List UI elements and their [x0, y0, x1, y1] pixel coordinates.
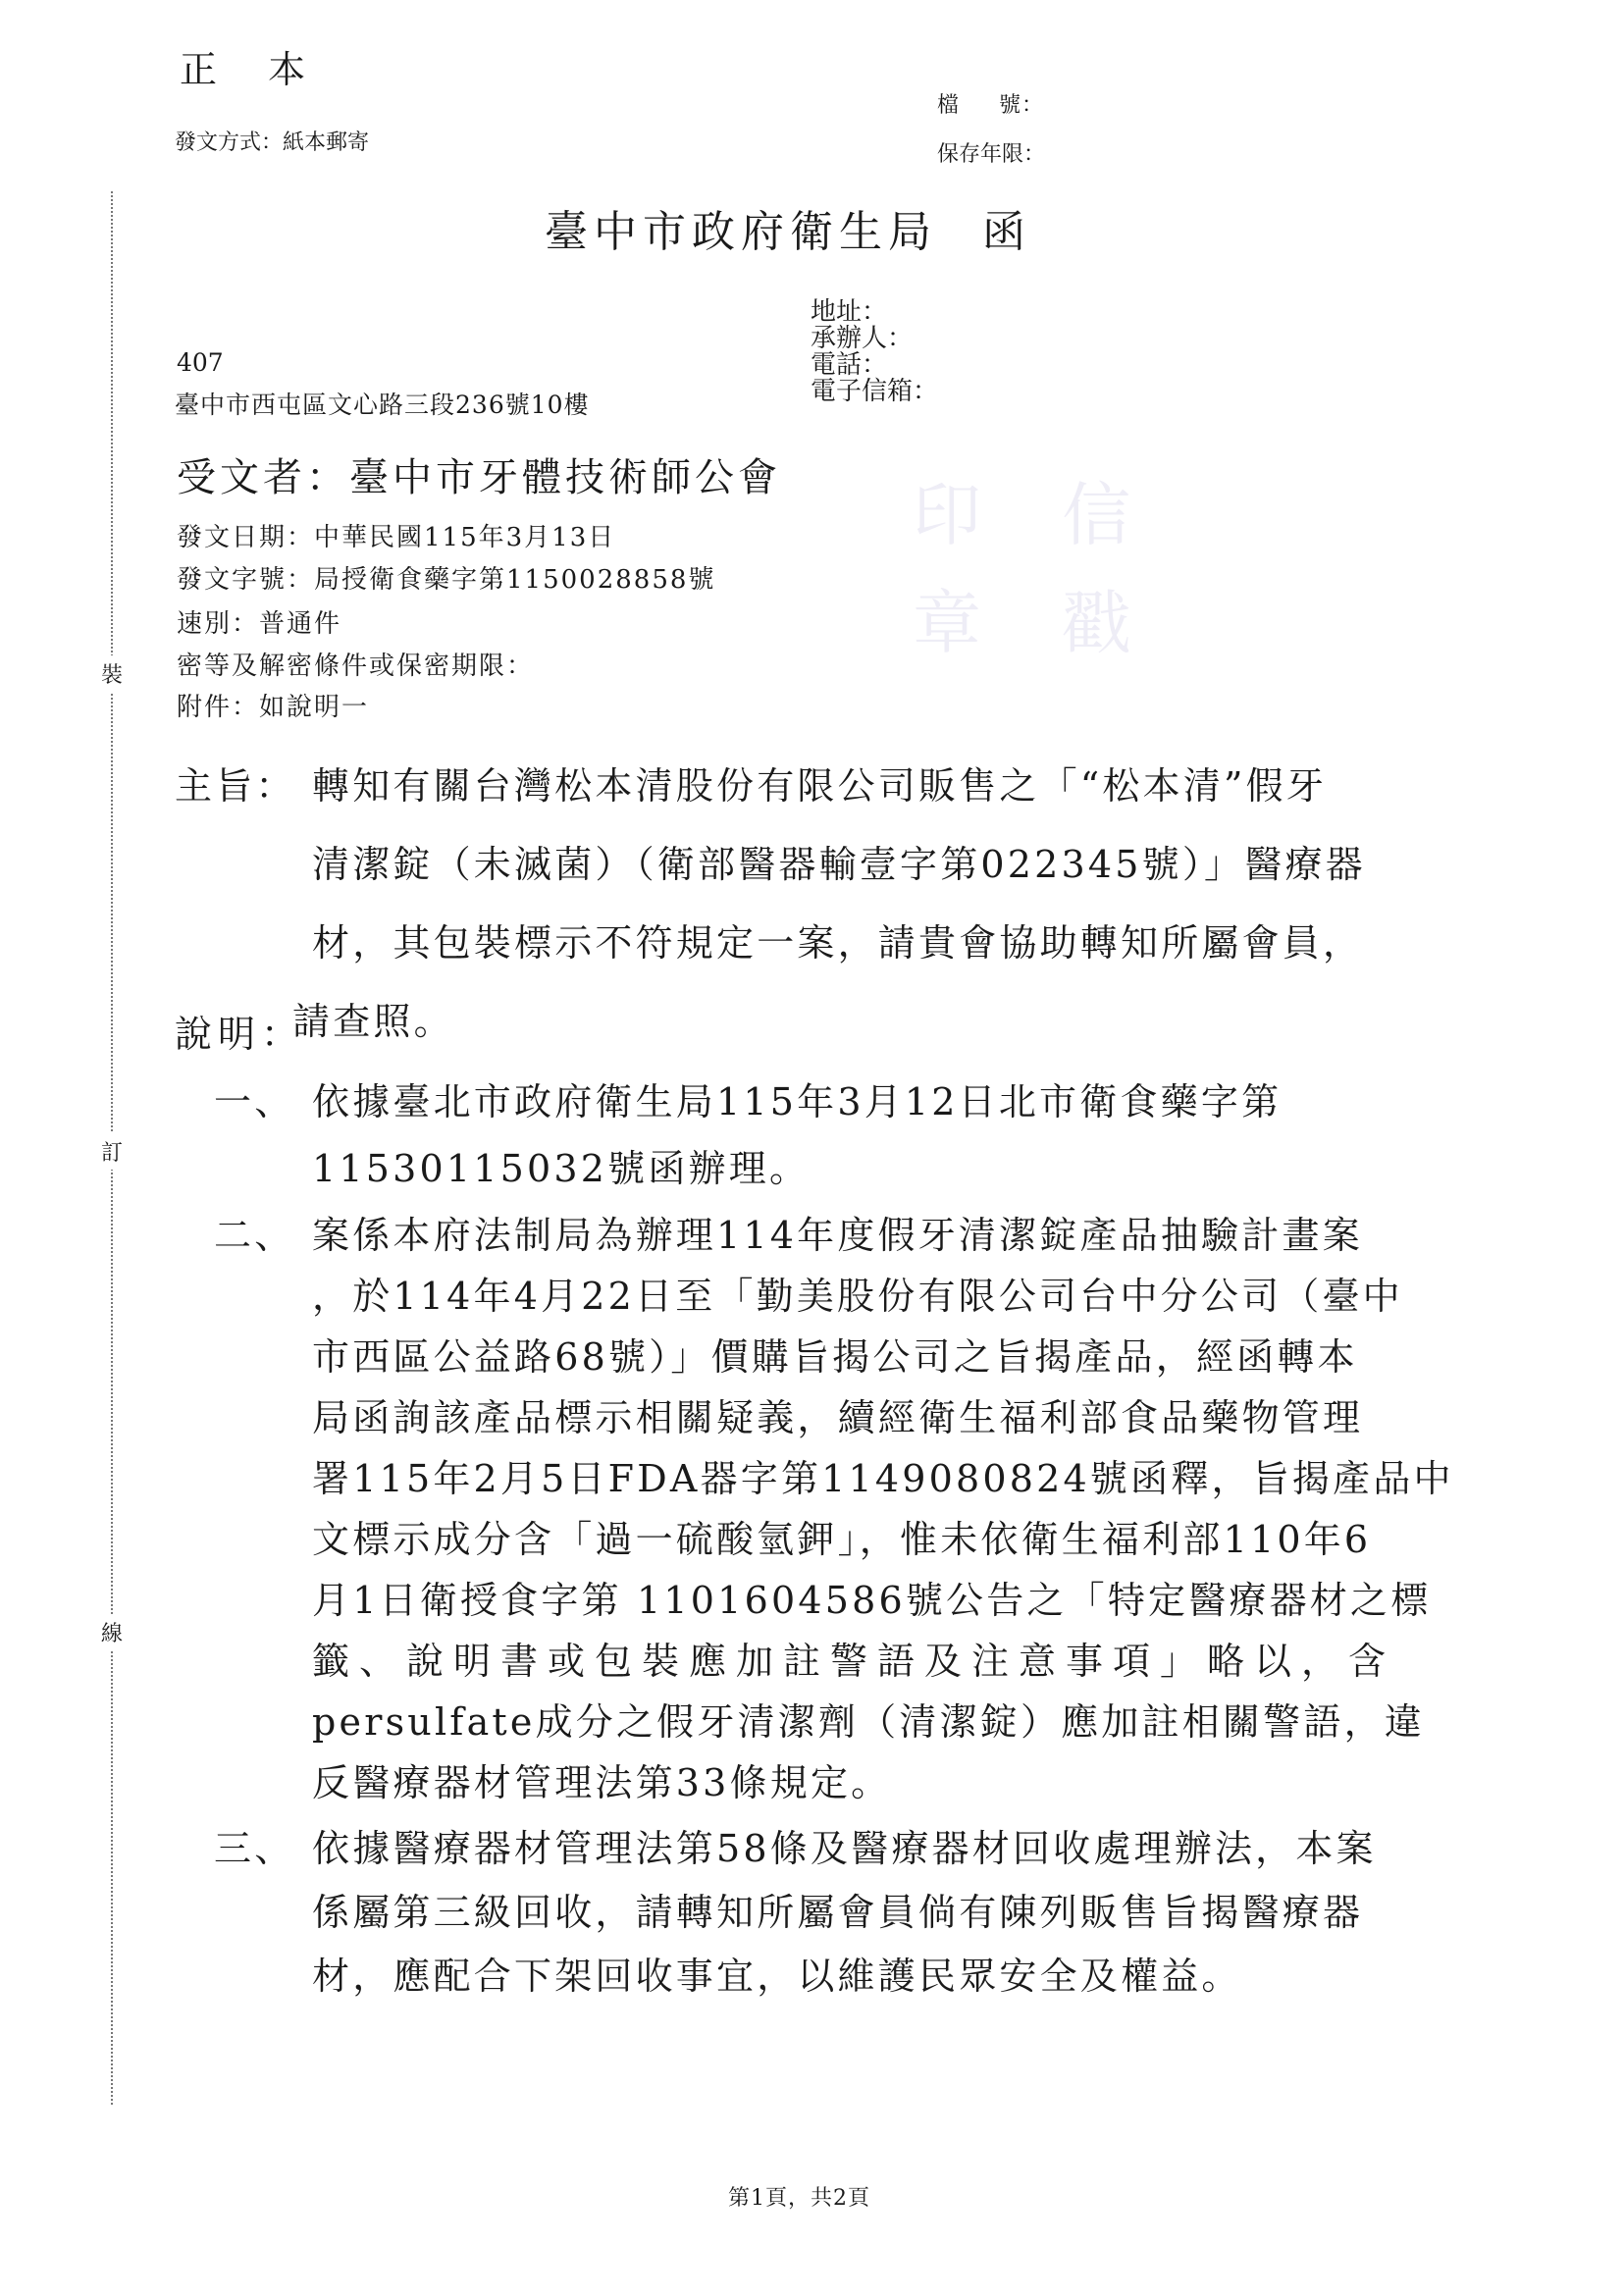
description-line: 文標示成分含「過一硫酸氫鉀」，惟未依衛生福利部110年6: [312, 1509, 1371, 1563]
description-line: 反醫療器材管理法第33條規定。: [312, 1752, 891, 1806]
description-line: 局函詢該產品標示相關疑義，續經衛生福利部食品藥物管理: [312, 1387, 1363, 1441]
item-number: 三、: [214, 1818, 294, 1872]
description-line: 依據臺北市政府衛生局115年3月12日北市衛食藥字第: [312, 1071, 1282, 1125]
retention-period-label: 保存年限：: [937, 137, 1045, 168]
send-method: 發文方式：紙本郵寄: [175, 126, 369, 156]
subject-line: 清潔錠（未滅菌）（衛部醫器輸壹字第022345號）」醫療器: [312, 834, 1366, 888]
description-line: 市西區公益路68號）」價購旨揭公司之旨揭產品，經函轉本: [312, 1327, 1358, 1381]
contact-address-label: 地址：: [811, 299, 938, 326]
reference-number: 發文字號：局授衛食藥字第1150028858號: [177, 559, 715, 596]
delivery-speed: 速別：普通件: [177, 603, 341, 640]
secrecy-level: 密等及解密條件或保密期限：: [177, 646, 534, 682]
item-number: 一、: [214, 1071, 294, 1125]
description-line: 材，應配合下架回收事宜，以維護民眾安全及權益。: [312, 1946, 1242, 2000]
contact-handler-label: 承辦人：: [811, 326, 938, 352]
subject-line: 請查照。: [292, 991, 454, 1045]
description-line: persulfate成分之假牙清潔劑（清潔錠）應加註相關警語，違: [312, 1692, 1425, 1746]
item-number: 二、: [214, 1205, 294, 1259]
file-number-label: 檔號：: [937, 88, 1044, 119]
contact-phone-label: 電話：: [811, 352, 938, 379]
file-number-label-part1: 檔: [937, 93, 960, 118]
description-line: 依據醫療器材管理法第58條及醫療器材回收處理辦法，本案: [312, 1818, 1377, 1872]
subject-line: 材，其包裝標示不符規定一案，請貴會協助轉知所屬會員，: [312, 913, 1363, 966]
binding-mark-zhuang: 裝: [98, 655, 126, 692]
description-line: 月1日衛授食字第 1101604586號公告之「特定醫療器材之標: [312, 1570, 1431, 1624]
original-copy-mark: 正 本: [180, 39, 325, 93]
description-label: 說明：: [175, 1004, 304, 1058]
description-line: 籤、說明書或包裝應加註警語及注意事項」略以，含: [312, 1631, 1395, 1685]
description-line: 11530115032號函辦理。: [312, 1138, 810, 1192]
page-number: 第1頁，共2頁: [728, 2181, 870, 2212]
issue-date: 發文日期：中華民國115年3月13日: [177, 517, 615, 553]
attachment: 附件：如說明一: [177, 687, 369, 723]
binding-mark-ding: 訂: [98, 1133, 126, 1170]
issuing-agency: 臺中市政府衛生局: [545, 207, 937, 257]
recipient-address: 臺中市西屯區文心路三段236號10樓: [175, 386, 590, 421]
recipient: 受文者：臺中市牙體技術師公會: [177, 446, 781, 502]
faded-stamp: 印 信章 戳: [913, 461, 1160, 677]
contact-block: 地址： 承辦人： 電話： 電子信箱：: [811, 299, 938, 405]
description-line: 署115年2月5日FDA器字第1149080824號函釋，旨揭產品中: [312, 1448, 1454, 1502]
subject-line: 轉知有關台灣松本清股份有限公司販售之「“松本清”假牙: [312, 756, 1327, 809]
contact-email-label: 電子信箱：: [811, 379, 938, 405]
document-type: 函: [982, 207, 1031, 257]
zip-code: 407: [177, 348, 224, 377]
subject-label: 主旨：: [175, 756, 296, 809]
document-title: 臺中市政府衛生局函: [545, 196, 1031, 259]
description-line: 案係本府法制局為辦理114年度假牙清潔錠產品抽驗計畫案: [312, 1205, 1363, 1259]
description-line: ，於114年4月22日至「勤美股份有限公司台中分公司（臺中: [312, 1266, 1403, 1320]
description-line: 係屬第三級回收，請轉知所屬會員倘有陳列販售旨揭醫療器: [312, 1882, 1363, 1936]
binding-mark-xian: 線: [98, 1614, 126, 1650]
file-number-label-part2: 號：: [999, 93, 1044, 118]
